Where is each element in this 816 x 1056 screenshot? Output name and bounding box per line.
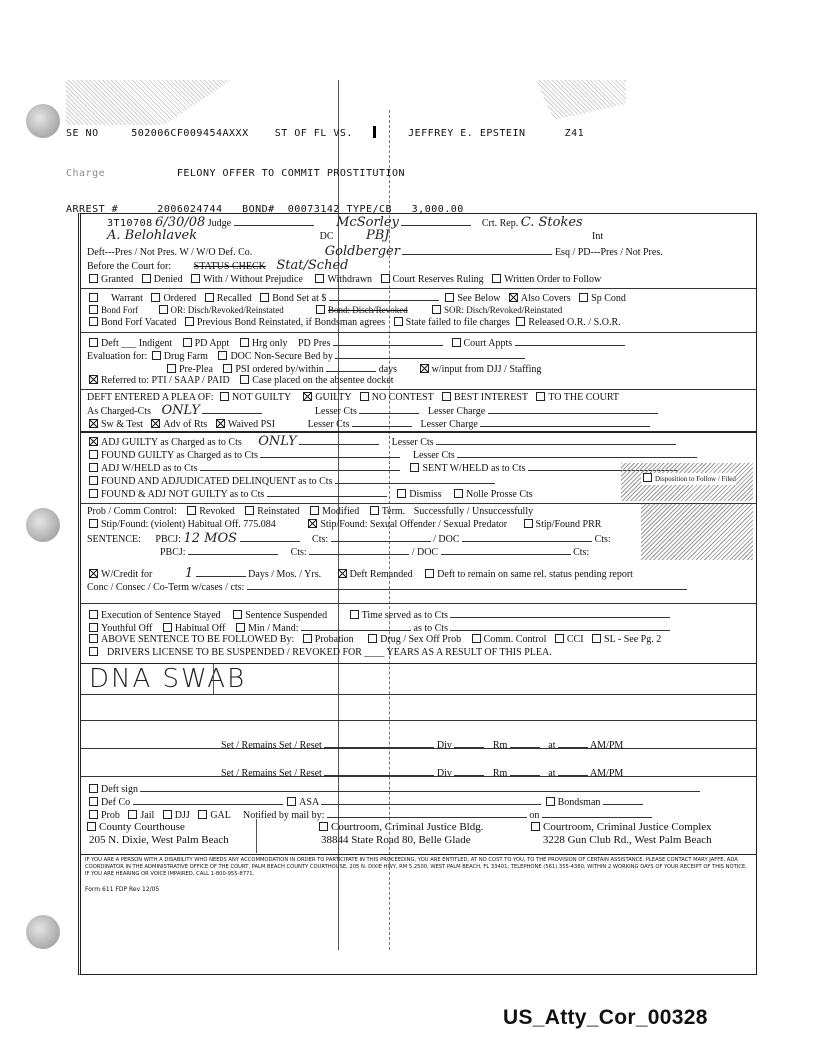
gal-checkbox[interactable]	[198, 810, 207, 819]
counsel-section: Deft ___ Indigent PD Appt Hrg only PD Pr…	[81, 332, 756, 389]
absentee-docket-label: Case placed on the absentee docket	[252, 375, 393, 386]
punch-hole-bottom	[26, 915, 60, 949]
evaluation-label: Evaluation for:	[87, 351, 147, 362]
notes-section: DNA SWAB Set / Remains Set / Reset Div R…	[81, 663, 756, 814]
esq-pd-label: Esq / PD---Pres / Not Pres.	[555, 247, 663, 258]
ada-notice-text: If you are a person with a disability wh…	[81, 855, 756, 880]
terminated-label: Term.	[382, 506, 405, 517]
before-court-label: Before the Court for:	[87, 261, 171, 272]
pre-plea-checkbox[interactable]	[167, 364, 176, 373]
adj-guilty-field[interactable]	[299, 435, 379, 445]
best-interest-checkbox[interactable]	[442, 392, 451, 401]
prr-checkbox[interactable]	[524, 519, 533, 528]
found-lesser-cts-label: Lesser Cts	[413, 450, 455, 461]
execution-section: Execution of Sentence Stayed Sentence Su…	[81, 603, 756, 662]
modified-checkbox[interactable]	[310, 506, 319, 515]
adv-rights-label: Adv of Rts	[163, 419, 207, 430]
gun-club-checkbox[interactable]	[531, 822, 540, 831]
cci-checkbox[interactable]	[555, 634, 564, 643]
sent-withheld-checkbox[interactable]	[410, 463, 419, 472]
bates-number: US_Atty_Cor_00328	[503, 1006, 708, 1030]
court-reporter-name: C. Stokes	[521, 215, 583, 230]
notes-divider	[213, 664, 214, 694]
adj-guilty-checkbox[interactable]	[89, 437, 98, 446]
sl-label: SL	[604, 634, 615, 645]
indigent-checkbox[interactable]	[89, 338, 98, 347]
time-served-checkbox[interactable]	[350, 610, 359, 619]
hrg-only-label: Hrg only	[252, 338, 288, 349]
scan-artifact	[66, 80, 231, 125]
habitual-offender-label: Stip/Found: (violent) Habitual Off. 775.…	[101, 519, 276, 530]
sexual-offender-checkbox[interactable]	[308, 519, 317, 528]
defense-counsel-name: Goldberger	[325, 244, 400, 259]
time-field[interactable]	[558, 738, 588, 748]
location-name: County Courthouse	[99, 821, 185, 833]
adj-guilty-label: ADJ GUILTY as Charged as to Cts	[101, 437, 242, 448]
adv-rights-checkbox[interactable]	[151, 419, 160, 428]
lesser-cts-field[interactable]	[359, 404, 419, 414]
as-charged-value: ONLY	[161, 403, 199, 418]
charge-text: FELONY OFFER TO COMMIT PROSTITUTION	[177, 168, 405, 179]
delinquent-row: FOUND AND ADJUDICATED DELINQUENT as to C…	[87, 474, 495, 488]
plea-label: DEFT ENTERED A PLEA OF:	[87, 392, 214, 403]
granted-label: Granted	[101, 274, 133, 285]
youthful-offender-label: Youthful Off	[101, 623, 152, 634]
remain-status-checkbox[interactable]	[425, 569, 434, 578]
license-suspended-label: DRIVERS LICENSE TO BE SUSPENDED / REVOKE…	[107, 647, 552, 658]
sworn-test-checkbox[interactable]	[89, 419, 98, 428]
lesser-charge-field[interactable]	[488, 404, 658, 414]
no-contest-checkbox[interactable]	[360, 392, 369, 401]
prob-checkbox[interactable]	[89, 810, 98, 819]
successfully-label: Successfully / Unsuccessfully	[414, 506, 533, 517]
delinquent-field[interactable]	[335, 474, 495, 484]
written-order-checkbox[interactable]	[492, 274, 501, 283]
adj-withheld-checkbox[interactable]	[89, 463, 98, 472]
drug-sex-prob-label: Drug / Sex Off Prob	[380, 634, 461, 645]
set-reset-field[interactable]	[324, 738, 434, 748]
adj-withheld-field[interactable]	[200, 461, 400, 471]
deft-sign-checkbox[interactable]	[89, 784, 98, 793]
execution-stayed-label: Execution of Sentence Stayed	[101, 610, 221, 621]
asa-checkbox[interactable]	[287, 797, 296, 806]
djj-staffing-label: w/input from DJJ / Staffing	[432, 364, 542, 375]
drug-farm-label: Drug Farm	[164, 351, 208, 362]
prejudice-checkbox[interactable]	[191, 274, 200, 283]
doc-label: / DOC	[433, 534, 459, 545]
habitual-off-checkbox[interactable]	[163, 623, 172, 632]
sl-checkbox[interactable]	[592, 634, 601, 643]
bondsman-field[interactable]	[603, 795, 643, 805]
sexual-offender-label: Stip/Found: Sexual Offender / Sexual Pre…	[320, 519, 507, 530]
rm-field[interactable]	[510, 738, 540, 748]
time-served-field[interactable]	[450, 608, 670, 618]
execution-row-2: Youthful Off Habitual Off Min / Mand: as…	[87, 621, 670, 635]
sor-disch-checkbox[interactable]	[432, 305, 441, 314]
bond-row-3: Bond Forf Vacated Previous Bond Reinstat…	[87, 317, 621, 329]
court-appts-field[interactable]	[515, 336, 625, 346]
habitual-off-label: Habitual Off	[175, 623, 226, 634]
bond-section: Warrant Ordered Recalled Bond Set at $ S…	[81, 288, 756, 331]
judge-field[interactable]	[234, 216, 314, 226]
pd-appt-label: PD Appt	[195, 338, 230, 349]
sentence-row-2: PBCJ: Cts: / DOC Cts:	[87, 545, 589, 559]
rm-label-2: Rm	[493, 768, 507, 779]
set-reset-label-2: Set / Remains Set / Reset	[221, 768, 322, 779]
probation-section: Prob / Comm Control: Revoked Reinstated …	[81, 503, 756, 560]
notified-field[interactable]	[327, 808, 527, 818]
defendant-counsel-row: Deft---Pres / Not Pres. W / W/O Def. Co.…	[87, 245, 663, 259]
credit-row: W/Credit for 1 Days / Mos. / Yrs. Deft R…	[87, 567, 633, 581]
bond-row-2: Bond Forf OR: Disch/Revoked/Reinstated B…	[87, 304, 562, 316]
found-guilty-checkbox[interactable]	[89, 450, 98, 459]
int-label: Int	[592, 231, 603, 242]
lesser-charge-field-2[interactable]	[480, 417, 650, 427]
plea-advisory-row: Sw & Test Adv of Rts Waived PSI Lesser C…	[87, 417, 650, 431]
asa-field[interactable]	[321, 795, 541, 805]
min-mand-checkbox[interactable]	[236, 623, 245, 632]
previous-bond-checkbox[interactable]	[185, 317, 194, 326]
psi-label: PSI ordered by/within	[235, 364, 323, 375]
indigent-label: Deft ___ Indigent	[101, 338, 172, 349]
ampm-label: AM/PM	[590, 740, 623, 751]
rm-label: Rm	[493, 740, 507, 751]
bond-set-checkbox[interactable]	[260, 293, 269, 302]
pd-appt-checkbox[interactable]	[183, 338, 192, 347]
released-or-checkbox[interactable]	[516, 317, 525, 326]
execution-row-3: ABOVE SENTENCE TO BE FOLLOWED By: Probat…	[87, 634, 661, 646]
deft-sign-label: Deft sign	[101, 784, 138, 795]
hrg-only-checkbox[interactable]	[240, 338, 249, 347]
credit-field[interactable]	[196, 567, 246, 577]
followed-by-checkbox[interactable]	[89, 634, 98, 643]
notified-date-field[interactable]	[542, 808, 652, 818]
def-co-checkbox[interactable]	[89, 797, 98, 806]
deft-sign-row: Deft sign	[87, 782, 700, 796]
or-disch-checkbox[interactable]	[159, 305, 168, 314]
remanded-checkbox[interactable]	[338, 569, 347, 578]
bondsman-label: Bondsman	[558, 797, 601, 808]
bond-amount-field[interactable]	[329, 291, 439, 301]
ruling-row: Granted Denied With / Without Prejudice …	[87, 274, 601, 286]
min-mand-cts-field[interactable]	[450, 621, 670, 631]
lesser-cts-label: Lesser Cts	[315, 406, 357, 417]
doc-field-2[interactable]	[441, 545, 571, 555]
div-label-2: Div	[437, 768, 452, 779]
cts-label-2: Cts:	[291, 547, 307, 558]
recalled-checkbox[interactable]	[205, 293, 214, 302]
ada-notice-box: If you are a person with a disability wh…	[81, 854, 756, 883]
lesser-charge-label-2: Lesser Charge	[421, 419, 478, 430]
sworn-test-label: Sw & Test	[101, 419, 143, 430]
charge-label: Charge	[66, 168, 105, 179]
div-field[interactable]	[454, 738, 484, 748]
notes-handwritten: DNA SWAB	[89, 664, 246, 694]
sentence-label: SENTENCE:	[87, 534, 141, 545]
time-served-label: Time served as to Cts	[362, 610, 448, 621]
comm-control-label: Comm. Control	[484, 634, 547, 645]
before-court-struck: STATUS CHECK	[194, 261, 266, 272]
see-below-checkbox[interactable]	[445, 293, 454, 302]
warrant-label: Warrant	[111, 293, 143, 304]
to-the-court-checkbox[interactable]	[536, 392, 545, 401]
asa-label: ASA	[299, 797, 318, 808]
cts-label-2b: Cts:	[573, 547, 589, 558]
notes-line	[81, 720, 756, 721]
bond-forf-checkbox[interactable]	[89, 305, 98, 314]
bond-set-label: Bond Set at $	[272, 293, 326, 304]
cts-field-2[interactable]	[309, 545, 409, 555]
disposition-checkbox[interactable]	[643, 473, 652, 482]
doc-label-2: / DOC	[412, 547, 438, 558]
adj-lesser-cts-field[interactable]	[436, 435, 676, 445]
def-co-label: Def Co	[101, 797, 130, 808]
prejudice-label: With / Without Prejudice	[203, 274, 303, 285]
bond-disch-label: Bond: Disch/Revoked	[328, 305, 408, 315]
cci-label: CCI	[567, 634, 584, 645]
jail-checkbox[interactable]	[128, 810, 137, 819]
with-without-label: W / W/O	[179, 247, 215, 258]
probation-label-2: Probation	[315, 634, 354, 645]
sentence-row-1: SENTENCE: PBCJ: 12 MOS Cts: / DOC Cts:	[87, 532, 611, 546]
lesser-charge-label: Lesser Charge	[428, 406, 485, 417]
referred-label: Referred to: PTI / SAAP / PAID	[101, 375, 230, 386]
see-below-label: See Below	[457, 293, 500, 304]
shaded-region	[641, 504, 753, 560]
adj-not-guilty-field[interactable]	[267, 487, 387, 497]
deft-sign-field[interactable]	[140, 782, 700, 792]
sp-cond-checkbox[interactable]	[579, 293, 588, 302]
habitual-offender-checkbox[interactable]	[89, 519, 98, 528]
prr-label: Stip/Found PRR	[536, 519, 602, 530]
revoked-checkbox[interactable]	[187, 506, 196, 515]
pd-pres-label: PD Pres	[298, 338, 331, 349]
license-suspended-checkbox[interactable]	[89, 647, 98, 656]
dc-label: DC	[320, 231, 334, 242]
at-label: at	[548, 740, 555, 751]
cts-field[interactable]	[331, 532, 431, 542]
comm-control-checkbox[interactable]	[472, 634, 481, 643]
before-court-row: Before the Court for: STATUS CHECK Stat/…	[87, 260, 348, 273]
credit-section: W/Credit for 1 Days / Mos. / Yrs. Deft R…	[81, 561, 756, 591]
adj-not-guilty-checkbox[interactable]	[89, 489, 98, 498]
written-order-label: Written Order to Follow	[504, 274, 601, 285]
recalled-label: Recalled	[217, 293, 252, 304]
charge-row: Charge FELONY OFFER TO COMMIT PROSTITUTI…	[66, 168, 405, 179]
not-guilty-checkbox[interactable]	[220, 392, 229, 401]
no-contest-label: NO CONTEST	[372, 392, 434, 403]
absentee-docket-checkbox[interactable]	[240, 375, 249, 384]
nolle-prosse-label: Nolle Prosse Cts	[466, 489, 533, 500]
location-address: 205 N. Dixie, West Palm Beach	[89, 834, 229, 846]
granted-checkbox[interactable]	[89, 274, 98, 283]
plea-section: DEFT ENTERED A PLEA OF: NOT GUILTY GUILT…	[81, 389, 756, 430]
sent-withheld-label: SENT W/HELD as to Cts	[422, 463, 525, 474]
referral-row: Referred to: PTI / SAAP / PAID Case plac…	[87, 375, 394, 387]
sentence-suspended-checkbox[interactable]	[233, 610, 242, 619]
delinquent-checkbox[interactable]	[89, 476, 98, 485]
belle-glade-checkbox[interactable]	[319, 822, 328, 831]
at-label-2: at	[548, 768, 555, 779]
ordered-checkbox[interactable]	[151, 293, 160, 302]
div-label: Div	[437, 740, 452, 751]
location-county-courthouse[interactable]: County Courthouse 205 N. Dixie, West Pal…	[85, 821, 229, 847]
credit-checkbox[interactable]	[89, 569, 98, 578]
location-divider	[256, 819, 257, 853]
bond-row-1: Warrant Ordered Recalled Bond Set at $ S…	[87, 291, 626, 305]
state-failed-checkbox[interactable]	[394, 317, 403, 326]
denied-checkbox[interactable]	[142, 274, 151, 283]
county-courthouse-checkbox[interactable]	[87, 822, 96, 831]
execution-row-1: Execution of Sentence Stayed Sentence Su…	[87, 608, 670, 622]
denied-label: Denied	[154, 274, 183, 285]
judge-label: Judge	[208, 218, 231, 229]
redaction-bar	[373, 126, 376, 138]
rm-field-2[interactable]	[510, 766, 540, 776]
pbcj-value: 12 MOS	[183, 531, 237, 546]
sor-disch-label: SOR: Disch/Revoked/Reinstated	[444, 305, 562, 315]
notes-line	[81, 694, 756, 695]
time-field-2[interactable]	[558, 766, 588, 776]
as-charged-row: As Charged-Cts ONLY Lesser Cts Lesser Ch…	[87, 404, 658, 418]
dc-value: PBJ	[366, 228, 390, 243]
waived-psi-label: Waived PSI	[228, 419, 275, 430]
lesser-cts-label-2: Lesser Cts	[308, 419, 350, 430]
concurrent-label: Conc / Consec / Co-Term w/cases / cts:	[87, 582, 244, 593]
defendant-name: JEFFREY E. EPSTEIN	[408, 128, 525, 139]
doc-field[interactable]	[462, 532, 592, 542]
bondsman-checkbox[interactable]	[546, 797, 555, 806]
adj-lesser-cts-label: Lesser Cts	[392, 437, 434, 448]
to-the-court-label: TO THE COURT	[548, 392, 619, 403]
punch-hole-top	[26, 104, 60, 138]
psi-row: Pre-Plea PSI ordered by/within days w/in…	[87, 362, 541, 376]
dismiss-checkbox[interactable]	[397, 489, 406, 498]
nolle-prosse-checkbox[interactable]	[454, 489, 463, 498]
location-address: 38844 State Road 80, Belle Glade	[321, 834, 471, 846]
case-code: Z41	[565, 128, 585, 139]
div-field-2[interactable]	[454, 766, 484, 776]
disposition-to-follow: Disposition to Follow / Filed	[641, 473, 736, 485]
bond-forf-label: Bond Forf	[101, 305, 138, 315]
evaluation-row: Evaluation for: Drug Farm DOC Non-Secure…	[87, 349, 525, 363]
credit-label: W/Credit for	[101, 569, 152, 580]
best-interest-label: BEST INTEREST	[454, 392, 528, 403]
bond-forf-vacated-checkbox[interactable]	[89, 317, 98, 326]
scan-artifact	[536, 80, 626, 120]
reinstated-checkbox[interactable]	[245, 506, 254, 515]
location-address: 3228 Gun Club Rd., West Palm Beach	[543, 834, 712, 846]
released-or-label: Released O.R. / S.O.R.	[528, 317, 620, 328]
min-mand-label: Min / Mand:	[248, 623, 299, 634]
defendant-present-label: Deft---Pres / Not Pres.	[87, 247, 177, 258]
cts-label-b: Cts:	[595, 534, 611, 545]
adj-withheld-row: ADJ W/HELD as to Cts SENT W/HELD as to C…	[87, 461, 678, 475]
doc-bed-field[interactable]	[335, 349, 525, 359]
warrant-checkbox[interactable]	[89, 293, 98, 302]
youthful-offender-checkbox[interactable]	[89, 623, 98, 632]
as-charged-field[interactable]	[202, 404, 262, 414]
doc-bed-label: DOC Non-Secure Bed by	[230, 351, 332, 362]
terminated-checkbox[interactable]	[370, 506, 379, 515]
defense-counsel-field[interactable]	[402, 245, 552, 255]
ampm-label-2: AM/PM	[590, 768, 623, 779]
referred-checkbox[interactable]	[89, 375, 98, 384]
psi-days-field[interactable]	[326, 362, 376, 372]
court-reporter-label: Crt. Rep.	[482, 218, 518, 229]
set-reset-field-2[interactable]	[324, 766, 434, 776]
djj-checkbox[interactable]	[163, 810, 172, 819]
disposition-label: Disposition to Follow / Filed	[655, 475, 736, 483]
court-appts-checkbox[interactable]	[452, 338, 461, 347]
dismiss-label: Dismiss	[409, 489, 441, 500]
pbcj-label: PBCJ:	[155, 534, 181, 545]
waived-psi-checkbox[interactable]	[216, 419, 225, 428]
or-disch-label: OR: Disch/Revoked/Reinstated	[171, 305, 284, 315]
execution-stayed-checkbox[interactable]	[89, 610, 98, 619]
credit-value: 1	[185, 566, 193, 581]
drug-sex-prob-checkbox[interactable]	[368, 634, 377, 643]
judge-underline	[401, 216, 471, 226]
withdrawn-checkbox[interactable]	[315, 274, 324, 283]
also-covers-label: Also Covers	[521, 293, 571, 304]
guilty-checkbox[interactable]	[303, 392, 312, 401]
probation-row: Prob / Comm Control: Revoked Reinstated …	[87, 506, 533, 518]
see-page-2-label: - See Pg. 2	[618, 634, 661, 645]
withdrawn-label: Withdrawn	[327, 274, 372, 285]
sp-cond-label: Sp Cond	[591, 293, 626, 304]
concurrent-field[interactable]	[247, 580, 687, 590]
reinstated-label: Reinstated	[257, 506, 299, 517]
adj-guilty-row: ADJ GUILTY as Charged as to Cts ONLY Les…	[87, 435, 676, 449]
found-guilty-row: FOUND GUILTY as Charged as to Cts Lesser…	[87, 448, 697, 462]
pbcj-field-2[interactable]	[188, 545, 278, 555]
remain-status-label: Deft to remain on same rel. status pendi…	[437, 569, 633, 580]
def-co-row: Def Co ASA Bondsman	[87, 795, 643, 809]
location-gun-club[interactable]: Courtroom, Criminal Justice Complex 3228…	[529, 821, 712, 847]
sentence-suspended-label: Sentence Suspended	[245, 610, 327, 621]
delinquent-label: FOUND AND ADJUDICATED DELINQUENT as to C…	[101, 476, 332, 487]
court-minutes-form: SE NO 502006CF009454AXXX ST OF FL VS. JE…	[66, 80, 756, 960]
psi-checkbox[interactable]	[223, 364, 232, 373]
bond-disch-checkbox[interactable]	[316, 305, 325, 314]
also-covers-checkbox[interactable]	[509, 293, 518, 302]
adjudication-section: ADJ GUILTY as Charged as to Cts ONLY Les…	[81, 431, 756, 503]
pbcj-field[interactable]	[240, 532, 300, 542]
not-guilty-row: FOUND & ADJ NOT GUILTY as to Cts Dismiss…	[87, 487, 533, 501]
doc-bed-checkbox[interactable]	[218, 351, 227, 360]
def-co-field[interactable]	[133, 795, 283, 805]
schedule-row-1: Set / Remains Set / Reset Div Rm at AM/P…	[221, 738, 623, 752]
pd-pres-field[interactable]	[333, 336, 443, 346]
min-mand-field[interactable]	[301, 621, 411, 631]
found-guilty-field[interactable]	[260, 448, 400, 458]
locations-section: County Courthouse 205 N. Dixie, West Pal…	[81, 819, 756, 853]
stip-found-row: Stip/Found: (violent) Habitual Off. 775.…	[87, 519, 601, 531]
djj-staffing-checkbox[interactable]	[420, 364, 429, 373]
found-lesser-cts-field[interactable]	[457, 448, 697, 458]
court-reserves-checkbox[interactable]	[381, 274, 390, 283]
location-belle-glade[interactable]: Courtroom, Criminal Justice Bldg. 38844 …	[317, 821, 483, 847]
drug-farm-checkbox[interactable]	[152, 351, 161, 360]
location-name: Courtroom, Criminal Justice Complex	[543, 821, 712, 833]
days-mos-yrs-label: Days / Mos. / Yrs.	[248, 569, 321, 580]
probation-checkbox[interactable]	[303, 634, 312, 643]
remanded-label: Deft Remanded	[350, 569, 413, 580]
court-reserves-label: Court Reserves Ruling	[393, 274, 484, 285]
followed-by-label: ABOVE SENTENCE TO BE FOLLOWED By:	[101, 634, 294, 645]
lesser-cts-field-2[interactable]	[352, 417, 412, 427]
